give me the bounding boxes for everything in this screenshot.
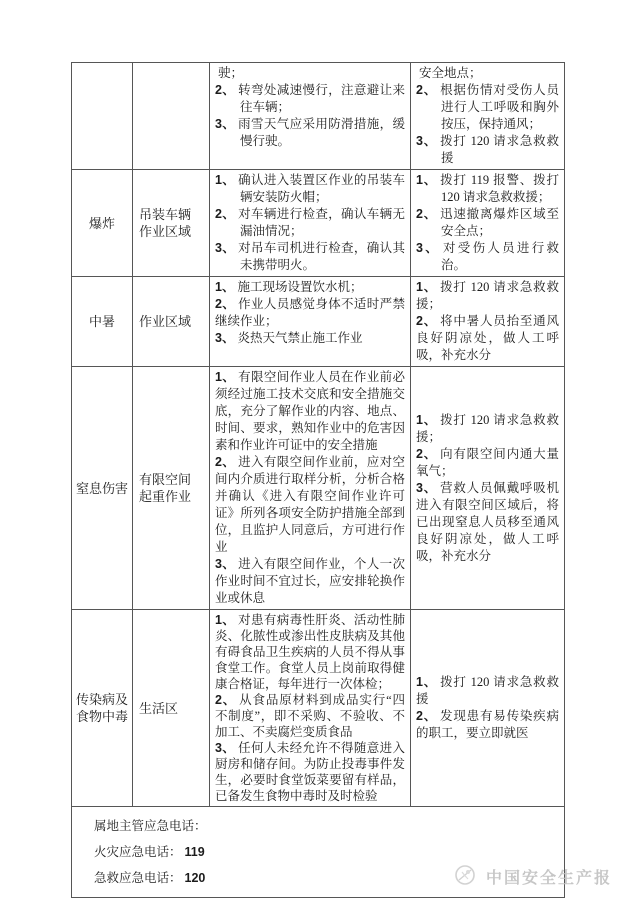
measures-cell: 1、确认进入装置区作业的吊装车辆安装防火帽；2、对车辆进行检查，确认车辆无漏油情… — [210, 170, 411, 277]
item-text: 对患有病毒性肝炎、活动性肺炎、化脓性或渗出性皮肤病及其他有碍食品卫生疾病的人员不… — [215, 613, 405, 691]
item-number: 1、 — [215, 173, 238, 187]
measure-item: 3、任何人未经允许不得随意进入厨房和储存间。为防止投毒事件发生，必要时食堂饭菜要… — [215, 740, 405, 804]
item-text: 根据伤情对受伤人员进行人工呼吸和胸外按压，保持通风； — [440, 83, 559, 131]
publisher-watermark: 中国安全生产报 — [452, 861, 612, 891]
measure-item: 驶； — [215, 65, 405, 82]
responses-cell: 1、拨打 119 报警、拨打 120 请求急救救援；2、迅速撤离爆炸区域至安全点… — [411, 170, 565, 277]
item-number: 3、 — [416, 241, 443, 255]
hazard-cell — [72, 63, 133, 170]
response-item: 3、营救人员佩戴呼吸机进入有限空间区域后，将已出现窒息人员移至通风良好阴凉处，做… — [416, 480, 559, 565]
responses-cell: 1、拨打 120 请求急救救援；2、向有限空间内通大量氧气；3、营救人员佩戴呼吸… — [411, 367, 565, 610]
response-item: 安全地点； — [416, 65, 559, 82]
item-text: 有限空间作业人员在作业前必须经过施工技术交底和安全措施交底，充分了解作业的内容、… — [215, 370, 405, 452]
area-cell: 生活区 — [133, 610, 210, 807]
item-number: 2、 — [416, 447, 440, 461]
item-text: 施工现场设置饮水机； — [237, 280, 362, 294]
item-text: 安全地点； — [419, 66, 482, 80]
item-number: 1、 — [416, 675, 440, 689]
response-item: 2、迅速撤离爆炸区域至安全点； — [416, 206, 559, 240]
item-number: 2、 — [215, 455, 238, 469]
item-number: 3、 — [215, 557, 238, 571]
item-text: 拨打 119 报警、拨打 120 请求急救救援； — [440, 173, 559, 204]
table-row: 驶；2、转弯处减速慢行，注意避让来往车辆；3、雨雪天气应采用防滑措施，缓慢行驶。… — [72, 63, 565, 170]
table-row: 传染病及食物中毒 生活区 1、对患有病毒性肝炎、活动性肺炎、化脓性或渗出性皮肤病… — [72, 610, 565, 807]
contact-number: 119 — [182, 845, 205, 859]
hazard-cell: 中暑 — [72, 277, 133, 367]
item-text: 进入有限空间作业前，应对空间内介质进行取样分析，分析合格并确认《进入有限空间作业… — [215, 455, 405, 554]
item-number: 2、 — [215, 297, 238, 311]
measure-item: 2、作业人员感觉身体不适时严禁继续作业； — [215, 296, 405, 330]
measures-cell: 驶；2、转弯处减速慢行，注意避让来往车辆；3、雨雪天气应采用防滑措施，缓慢行驶。 — [210, 63, 411, 170]
measure-item: 1、有限空间作业人员在作业前必须经过施工技术交底和安全措施交底，充分了解作业的内… — [215, 369, 405, 454]
item-number: 3、 — [416, 134, 440, 148]
responses-cell: 安全地点；2、根据伤情对受伤人员进行人工呼吸和胸外按压，保持通风；3、拨打 12… — [411, 63, 565, 170]
measure-item: 3、雨雪天气应采用防滑措施，缓慢行驶。 — [215, 116, 405, 150]
contact-label: 急救应急电话： — [94, 871, 182, 885]
measure-item: 1、确认进入装置区作业的吊装车辆安装防火帽； — [215, 172, 405, 206]
response-item: 1、拨打 120 请求急救救援； — [416, 279, 559, 313]
area-cell: 有限空间起重作业 — [133, 367, 210, 610]
response-item: 2、将中暑人员抬至通风良好阴凉处，做人工呼吸，补充水分 — [416, 313, 559, 364]
item-text: 对车辆进行检查，确认车辆无漏油情况； — [238, 207, 405, 238]
measures-cell: 1、对患有病毒性肝炎、活动性肺炎、化脓性或渗出性皮肤病及其他有碍食品卫生疾病的人… — [210, 610, 411, 807]
item-number: 3、 — [215, 331, 237, 345]
measure-item: 1、施工现场设置饮水机； — [215, 279, 405, 296]
item-text: 对吊车司机进行检查，确认其未携带明火。 — [238, 241, 405, 272]
table-row: 中暑 作业区域 1、施工现场设置饮水机；2、作业人员感觉身体不适时严禁继续作业；… — [72, 277, 565, 367]
hazard-cell: 传染病及食物中毒 — [72, 610, 133, 807]
measure-item: 2、从食品原材料到成品实行“四不制度”，即不采购、不验收、不加工、不卖腐烂变质食… — [215, 692, 405, 740]
item-text: 拨打 120 请求急救救援 — [440, 134, 559, 165]
item-number: 2、 — [215, 83, 238, 97]
item-number: 3、 — [416, 481, 440, 495]
measures-cell: 1、有限空间作业人员在作业前必须经过施工技术交底和安全措施交底，充分了解作业的内… — [210, 367, 411, 610]
contact-number — [207, 819, 210, 833]
item-number: 2、 — [416, 314, 440, 328]
item-text: 迅速撤离爆炸区域至安全点； — [440, 207, 559, 238]
measure-item: 2、对车辆进行检查，确认车辆无漏油情况； — [215, 206, 405, 240]
responses-cell: 1、拨打 120 请求急救救援2、发现患有易传染疾病的职工，要立即就医 — [411, 610, 565, 807]
response-item: 1、拨打 120 请求急救救援； — [416, 412, 559, 446]
item-number: 1、 — [215, 280, 237, 294]
item-text: 炎热天气禁止施工作业 — [237, 331, 362, 345]
contact-line: 属地主管应急电话： — [94, 813, 556, 839]
item-number: 1、 — [215, 370, 238, 384]
item-text: 任何人未经允许不得随意进入厨房和储存间。为防止投毒事件发生，必要时食堂饭菜要留有… — [215, 741, 405, 803]
item-number: 1、 — [215, 613, 238, 627]
item-number: 2、 — [416, 709, 440, 723]
table-row: 爆炸 吊装车辆作业区域 1、确认进入装置区作业的吊装车辆安装防火帽；2、对车辆进… — [72, 170, 565, 277]
contact-label: 火灾应急电话： — [94, 845, 182, 859]
area-cell — [133, 63, 210, 170]
item-text: 对受伤人员进行救治。 — [441, 241, 559, 272]
response-item: 2、发现患有易传染疾病的职工，要立即就医 — [416, 708, 559, 742]
item-number: 3、 — [215, 117, 238, 131]
response-item: 3、拨打 120 请求急救救援 — [416, 133, 559, 167]
response-item: 2、根据伤情对受伤人员进行人工呼吸和胸外按压，保持通风； — [416, 82, 559, 133]
item-text: 转弯处减速慢行，注意避让来往车辆； — [238, 83, 405, 114]
response-item: 2、向有限空间内通大量氧气； — [416, 446, 559, 480]
measure-item: 2、转弯处减速慢行，注意避让来往车辆； — [215, 82, 405, 116]
item-number: 2、 — [215, 207, 238, 221]
contact-label: 属地主管应急电话： — [94, 819, 207, 833]
measure-item: 2、进入有限空间作业前，应对空间内介质进行取样分析，分析合格并确认《进入有限空间… — [215, 454, 405, 556]
item-number: 3、 — [215, 241, 238, 255]
item-number: 1、 — [416, 280, 440, 294]
measure-item: 3、炎热天气禁止施工作业 — [215, 330, 405, 347]
hazard-cell: 爆炸 — [72, 170, 133, 277]
item-number: 1、 — [416, 413, 440, 427]
item-text: 驶； — [218, 66, 243, 80]
item-text: 作业人员感觉身体不适时严禁继续作业； — [215, 297, 405, 328]
hazard-cell: 窒息伤害 — [72, 367, 133, 610]
emergency-response-table: 驶；2、转弯处减速慢行，注意避让来往车辆；3、雨雪天气应采用防滑措施，缓慢行驶。… — [71, 62, 565, 898]
item-text: 从食品原材料到成品实行“四不制度”，即不采购、不验收、不加工、不卖腐烂变质食品 — [215, 693, 405, 739]
response-item: 1、拨打 120 请求急救救援 — [416, 674, 559, 708]
area-cell: 吊装车辆作业区域 — [133, 170, 210, 277]
area-cell: 作业区域 — [133, 277, 210, 367]
item-text: 确认进入装置区作业的吊装车辆安装防火帽； — [238, 173, 405, 204]
item-number: 2、 — [416, 207, 440, 221]
item-text: 进入有限空间作业，个人一次作业时间不宜过长，应安排轮换作业或休息 — [215, 557, 405, 605]
item-text: 雨雪天气应采用防滑措施，缓慢行驶。 — [238, 117, 405, 148]
item-number: 2、 — [215, 693, 239, 707]
measure-item: 3、对吊车司机进行检查，确认其未携带明火。 — [215, 240, 405, 274]
measure-item: 3、进入有限空间作业，个人一次作业时间不宜过长，应安排轮换作业或休息 — [215, 556, 405, 607]
responses-cell: 1、拨打 120 请求急救救援；2、将中暑人员抬至通风良好阴凉处，做人工呼吸，补… — [411, 277, 565, 367]
item-number: 2、 — [416, 83, 440, 97]
item-number: 3、 — [215, 741, 238, 755]
response-item: 3、对受伤人员进行救治。 — [416, 240, 559, 274]
emblem-icon — [452, 863, 478, 889]
table-row: 窒息伤害 有限空间起重作业 1、有限空间作业人员在作业前必须经过施工技术交底和安… — [72, 367, 565, 610]
contact-number: 120 — [182, 871, 206, 885]
publisher-name: 中国安全生产报 — [486, 865, 612, 888]
measure-item: 1、对患有病毒性肝炎、活动性肺炎、化脓性或渗出性皮肤病及其他有碍食品卫生疾病的人… — [215, 612, 405, 692]
response-item: 1、拨打 119 报警、拨打 120 请求急救救援； — [416, 172, 559, 206]
item-number: 1、 — [416, 173, 440, 187]
measures-cell: 1、施工现场设置饮水机；2、作业人员感觉身体不适时严禁继续作业；3、炎热天气禁止… — [210, 277, 411, 367]
